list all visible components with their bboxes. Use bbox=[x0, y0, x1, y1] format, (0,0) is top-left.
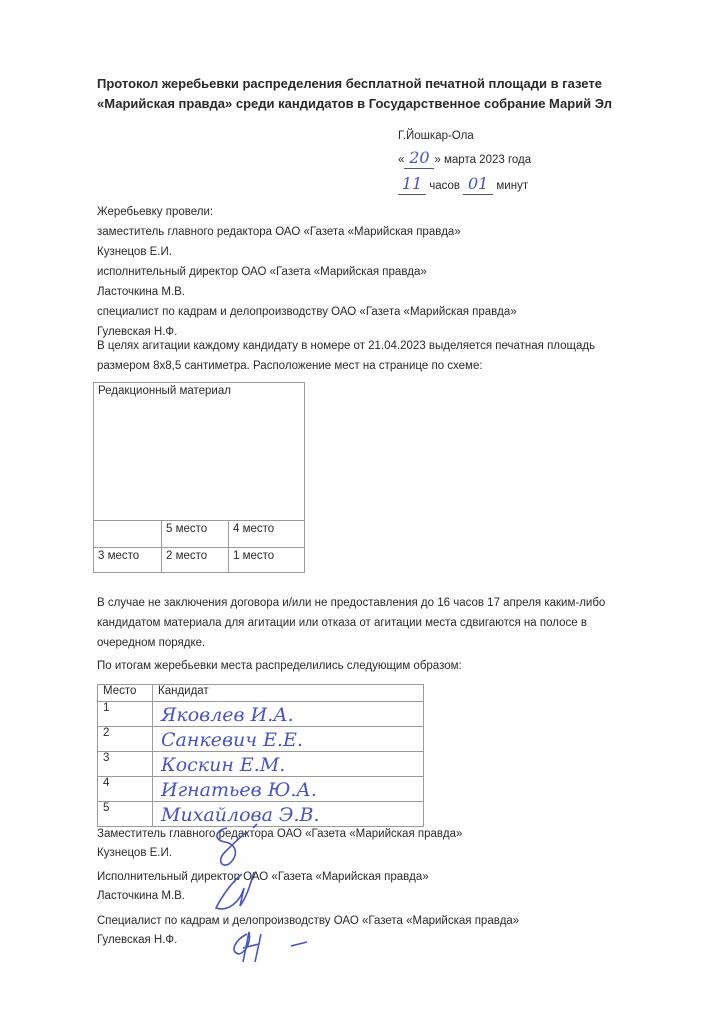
row-candidate: Игнатьев Ю.А. bbox=[153, 777, 424, 802]
document-title-line-1: Протокол жеребьевки распределения беспла… bbox=[97, 74, 602, 94]
date-line: «20» марта 2023 года bbox=[398, 148, 531, 170]
row-place: 4 bbox=[98, 777, 153, 802]
scheme-cell-place-4: 4 место bbox=[229, 520, 304, 547]
signature-name: Гулевская Н.Ф. bbox=[97, 930, 177, 950]
row-candidate: Михайлова Э.В. bbox=[153, 802, 424, 827]
document-title-line-2: «Марийская правда» среди кандидатов в Го… bbox=[97, 94, 612, 114]
candidate-handwritten: Санкевич Е.Е. bbox=[161, 729, 303, 751]
date-day-handwritten: 20 bbox=[404, 148, 434, 169]
signature-mark-icon bbox=[225, 928, 315, 968]
date-rest: » марта 2023 года bbox=[434, 154, 531, 166]
signature-mark-icon bbox=[210, 868, 260, 916]
row-candidate: Яковлев И.А. bbox=[153, 702, 424, 727]
time-minutes-handwritten: 01 bbox=[463, 174, 493, 195]
header-candidate: Кандидат bbox=[153, 685, 424, 702]
conducted-line: исполнительный директор ОАО «Газета «Мар… bbox=[97, 262, 427, 282]
time-minutes-label: минут bbox=[496, 180, 528, 192]
table-row: 3 Коскин Е.М. bbox=[98, 752, 424, 777]
row-place: 2 bbox=[98, 727, 153, 752]
paragraph-1-line-1: В целях агитации каждому кандидату в ном… bbox=[97, 336, 595, 356]
scheme-cell-place-1: 1 место bbox=[229, 547, 304, 572]
scheme-cell-place-5: 5 место bbox=[162, 520, 229, 547]
signature-position: Заместитель главного редактора ОАО «Газе… bbox=[97, 824, 462, 844]
paragraph-2-line-3: очередном порядке. bbox=[97, 633, 205, 653]
conducted-line: специалист по кадрам и делопроизводству … bbox=[97, 302, 517, 322]
conducted-line: Ласточкина М.В. bbox=[97, 282, 185, 302]
placement-scheme: Редакционный материал 5 место 4 место 3 … bbox=[93, 382, 305, 573]
row-candidate: Коскин Е.М. bbox=[153, 752, 424, 777]
candidate-handwritten: Яковлев И.А. bbox=[161, 704, 294, 726]
row-place: 1 bbox=[98, 702, 153, 727]
signature-name: Кузнецов Е.И. bbox=[97, 843, 172, 863]
scheme-editorial: Редакционный материал bbox=[94, 383, 304, 520]
time-line: 11 часов 01 минут bbox=[398, 174, 528, 196]
header-place: Место bbox=[98, 685, 153, 702]
paragraph-1-line-2: размером 8х8,5 сантиметра. Расположение … bbox=[97, 356, 483, 376]
paragraph-2-line-1: В случае не заключения договора и/или не… bbox=[97, 593, 605, 613]
paragraph-3: По итогам жеребьевки места распределилис… bbox=[97, 656, 462, 676]
conducted-heading: Жеребьевку провели: bbox=[97, 202, 213, 222]
table-header-row: Место Кандидат bbox=[98, 685, 424, 702]
table-row: 2 Санкевич Е.Е. bbox=[98, 727, 424, 752]
scheme-cell-place-2: 2 место bbox=[162, 547, 229, 572]
place: Г.Йошкар-Ола bbox=[398, 126, 474, 146]
conducted-line: заместитель главного редактора ОАО «Газе… bbox=[97, 222, 461, 242]
scheme-cell bbox=[94, 520, 162, 547]
table-row: 4 Игнатьев Ю.А. bbox=[98, 777, 424, 802]
signature-position: Исполнительный директор ОАО «Газета «Мар… bbox=[97, 867, 429, 887]
row-candidate: Санкевич Е.Е. bbox=[153, 727, 424, 752]
candidate-handwritten: Коскин Е.М. bbox=[161, 754, 285, 776]
row-place: 5 bbox=[98, 802, 153, 827]
conducted-line: Кузнецов Е.И. bbox=[97, 242, 172, 262]
signature-mark-icon bbox=[205, 822, 265, 872]
time-hours-handwritten: 11 bbox=[398, 174, 426, 195]
paragraph-2-line-2: кандидатом материала для агитации или от… bbox=[97, 613, 587, 633]
table-row: 1 Яковлев И.А. bbox=[98, 702, 424, 727]
signature-name: Ласточкина М.В. bbox=[97, 886, 185, 906]
results-table: Место Кандидат 1 Яковлев И.А. 2 Санкевич… bbox=[97, 684, 424, 827]
scheme-cell-place-3: 3 место bbox=[94, 547, 162, 572]
time-hours-label: часов bbox=[429, 180, 460, 192]
row-place: 3 bbox=[98, 752, 153, 777]
candidate-handwritten: Игнатьев Ю.А. bbox=[161, 779, 317, 801]
